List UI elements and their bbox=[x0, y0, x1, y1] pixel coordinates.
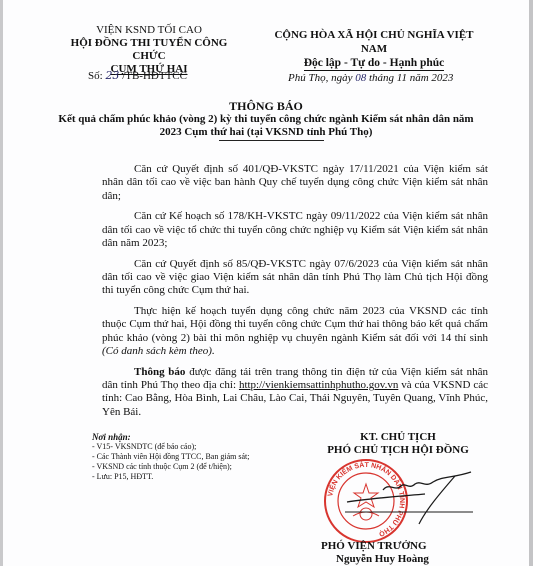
document-number: Số: 23 /TB-HĐTTCC bbox=[88, 69, 187, 82]
paragraph-4: Thực hiện kế hoạch tuyển dụng công chức … bbox=[102, 305, 488, 358]
country-name: CỘNG HÒA XÃ HỘI CHỦ NGHĨA VIỆT NAM bbox=[269, 28, 479, 56]
handwritten-signature-icon bbox=[343, 468, 493, 528]
paragraph-5: Thông báo được đăng tải trên trang thông… bbox=[102, 366, 488, 419]
date-suffix: tháng 11 năm 2023 bbox=[369, 72, 453, 84]
divider bbox=[219, 140, 324, 141]
recipients-block: Nơi nhận: - V15- VKSNDTC (để báo cáo); -… bbox=[92, 432, 249, 482]
signer-position: PHÓ VIỆN TRƯỞNG bbox=[321, 540, 427, 552]
website-link[interactable]: http://vienkiemsattinhphutho.gov.vn bbox=[239, 379, 398, 391]
agency-line-1: VIỆN KSND TỐI CAO bbox=[69, 24, 229, 37]
date-day-handwritten: 08 bbox=[355, 72, 366, 84]
document-title: THÔNG BÁO bbox=[3, 99, 529, 114]
paragraph-3: Căn cứ Quyết định số 85/QĐ-VKSTC ngày 07… bbox=[102, 258, 488, 298]
right-scrollbar[interactable] bbox=[529, 0, 533, 566]
recipients-label: Nơi nhận: bbox=[92, 432, 249, 442]
docno-handwritten: 23 bbox=[105, 69, 119, 82]
recipient-item: - VKSND các tỉnh thuộc Cụm 2 (để t/hiện)… bbox=[92, 462, 249, 472]
document-subtitle: Kết quả chấm phúc khảo (vòng 2) kỳ thi t… bbox=[51, 113, 481, 139]
sign-line-2: PHÓ CHỦ TỊCH HỘI ĐỒNG bbox=[293, 444, 503, 457]
signer-name: Nguyễn Huy Hoàng bbox=[336, 553, 429, 565]
docno-prefix: Số: bbox=[88, 70, 103, 82]
paragraph-1: Căn cứ Quyết định số 401/QĐ-VKSTC ngày 1… bbox=[102, 163, 488, 203]
recipient-item: - Lưu: P15, HĐTT. bbox=[92, 472, 249, 482]
agency-line-2: HỘI ĐỒNG THI TUYỂN CÔNG CHỨC bbox=[69, 37, 229, 63]
issue-date: Phú Thọ, ngày 08 tháng 11 năm 2023 bbox=[288, 72, 453, 84]
attachment-note: (Có danh sách kèm theo). bbox=[102, 345, 215, 357]
recipient-item: - V15- VKSNDTC (để báo cáo); bbox=[92, 442, 249, 452]
paragraph-2: Căn cứ Kế hoạch số 178/KH-VKSTC ngày 09/… bbox=[102, 210, 488, 250]
national-header: CỘNG HÒA XÃ HỘI CHỦ NGHĨA VIỆT NAM Độc l… bbox=[269, 28, 479, 70]
national-motto: Độc lập - Tự do - Hạnh phúc bbox=[304, 57, 445, 71]
recipient-item: - Các Thành viên Hội đồng TTCC, Ban giám… bbox=[92, 452, 249, 462]
sign-line-1: KT. CHỦ TỊCH bbox=[293, 431, 503, 444]
paragraph-4-text: Thực hiện kế hoạch tuyển dụng công chức … bbox=[102, 305, 488, 344]
document-page: VIỆN KSND TỐI CAO HỘI ĐỒNG THI TUYỂN CÔN… bbox=[3, 0, 529, 566]
signature-header: KT. CHỦ TỊCH PHÓ CHỦ TỊCH HỘI ĐỒNG bbox=[293, 431, 503, 457]
date-prefix: Phú Thọ, ngày bbox=[288, 72, 352, 84]
document-body: Căn cứ Quyết định số 401/QĐ-VKSTC ngày 1… bbox=[102, 163, 488, 427]
notice-label: Thông báo bbox=[134, 366, 185, 378]
docno-suffix: /TB-HĐTTCC bbox=[122, 70, 187, 82]
